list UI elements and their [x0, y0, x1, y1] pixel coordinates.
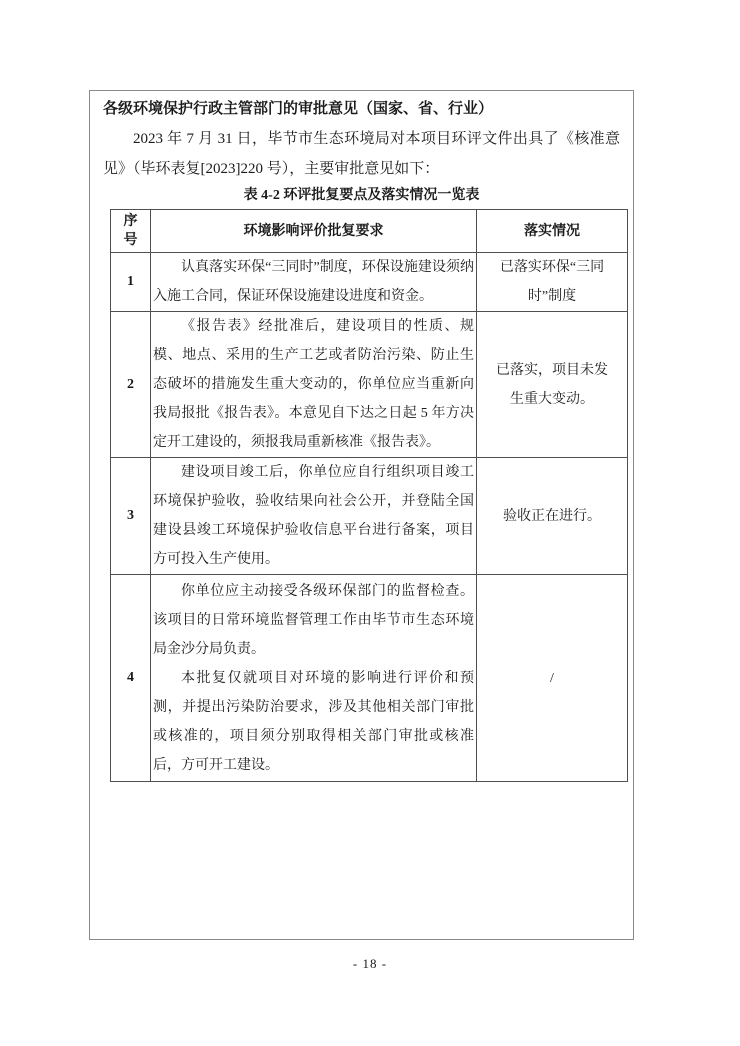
status-cell: 验收正在进行。 — [477, 458, 628, 575]
approval-table: 序号 环境影响评价批复要求 落实情况 1 认真落实环保“三同时”制度，环保设施建… — [110, 209, 628, 782]
intro-paragraph: 2023 年 7 月 31 日，毕节市生态环境局对本项目环评文件出具了《核准意见… — [103, 124, 620, 184]
table-header-row: 序号 环境影响评价批复要求 落实情况 — [111, 210, 628, 253]
requirement-cell: 建设项目竣工后，你单位应自行组织项目竣工环境保护验收，验收结果向社会公开，并登陆… — [151, 458, 477, 575]
document-page: 各级环境保护行政主管部门的审批意见（国家、省、行业） 2023 年 7 月 31… — [0, 0, 740, 1046]
requirement-paragraph: 《报告表》经批准后，建设项目的性质、规模、地点、采用的生产工艺或者防治污染、防止… — [153, 312, 474, 457]
header-cell-no-label: 序号 — [124, 212, 138, 250]
requirement-cell: 认真落实环保“三同时”制度，环保设施建设须纳入施工合同，保证环保设施建设进度和资… — [151, 253, 477, 312]
requirement-paragraph: 建设项目竣工后，你单位应自行组织项目竣工环境保护验收，验收结果向社会公开，并登陆… — [153, 458, 474, 574]
requirement-paragraph: 认真落实环保“三同时”制度，环保设施建设须纳入施工合同，保证环保设施建设进度和资… — [153, 253, 474, 311]
status-cell: / — [477, 575, 628, 782]
table-caption: 表 4-2 环评批复要点及落实情况一览表 — [103, 186, 620, 206]
header-cell-status: 落实情况 — [477, 210, 628, 253]
table-row: 1 认真落实环保“三同时”制度，环保设施建设须纳入施工合同，保证环保设施建设进度… — [111, 253, 628, 312]
header-cell-requirement: 环境影响评价批复要求 — [151, 210, 477, 253]
table-row: 2 《报告表》经批准后，建设项目的性质、规模、地点、采用的生产工艺或者防治污染、… — [111, 312, 628, 458]
approval-section-box: 各级环境保护行政主管部门的审批意见（国家、省、行业） 2023 年 7 月 31… — [89, 90, 634, 940]
section-heading: 各级环境保护行政主管部门的审批意见（国家、省、行业） — [103, 99, 620, 119]
requirement-paragraph: 本批复仅就项目对环境的影响进行评价和预测，并提出污染防治要求，涉及其他相关部门审… — [153, 664, 474, 780]
status-cell: 已落实环保“三同时”制度 — [477, 253, 628, 312]
row-number-cell: 3 — [111, 458, 151, 575]
requirement-cell: 《报告表》经批准后，建设项目的性质、规模、地点、采用的生产工艺或者防治污染、防止… — [151, 312, 477, 458]
table-row: 3 建设项目竣工后，你单位应自行组织项目竣工环境保护验收，验收结果向社会公开，并… — [111, 458, 628, 575]
page-number: - 18 - — [0, 956, 740, 972]
requirement-cell: 你单位应主动接受各级环保部门的监督检查。该项目的日常环境监督管理工作由毕节市生态… — [151, 575, 477, 782]
row-number-cell: 4 — [111, 575, 151, 782]
row-number-cell: 2 — [111, 312, 151, 458]
header-cell-no: 序号 — [111, 210, 151, 253]
row-number-cell: 1 — [111, 253, 151, 312]
table-row: 4 你单位应主动接受各级环保部门的监督检查。该项目的日常环境监督管理工作由毕节市… — [111, 575, 628, 782]
requirement-paragraph: 你单位应主动接受各级环保部门的监督检查。该项目的日常环境监督管理工作由毕节市生态… — [153, 577, 474, 664]
status-cell: 已落实，项目未发生重大变动。 — [477, 312, 628, 458]
